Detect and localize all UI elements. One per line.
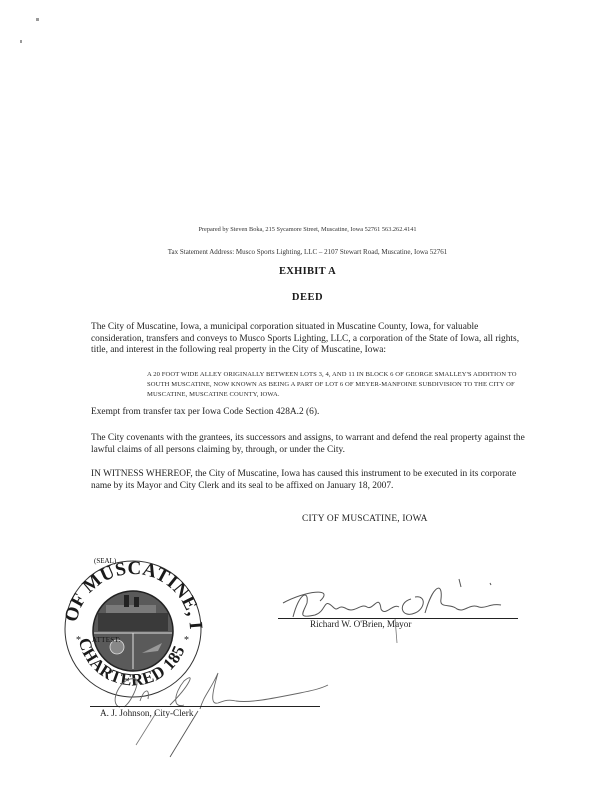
seal-label: (SEAL) bbox=[94, 557, 116, 565]
svg-text:*: * bbox=[184, 635, 189, 646]
attest-label: ATTEST: bbox=[92, 636, 121, 644]
tax-statement-address: Tax Statement Address: Musco Sports Ligh… bbox=[0, 248, 615, 256]
scan-speck bbox=[36, 18, 39, 21]
covenant-paragraph: The City covenants with the grantees, it… bbox=[91, 433, 531, 456]
witness-paragraph: IN WITNESS WHEREOF, the City of Muscatin… bbox=[91, 469, 531, 492]
conveyance-paragraph: The City of Muscatine, Iowa, a municipal… bbox=[91, 322, 531, 357]
grantor-name: CITY OF MUSCATINE, IOWA bbox=[302, 514, 428, 524]
legal-description: A 20 FOOT WIDE ALLEY ORIGINALLY BETWEEN … bbox=[147, 370, 527, 400]
exhibit-title: EXHIBIT A bbox=[0, 266, 615, 277]
exempt-paragraph: Exempt from transfer tax per Iowa Code S… bbox=[91, 407, 531, 419]
mayor-signature-icon bbox=[275, 573, 525, 653]
clerk-signature-line bbox=[90, 706, 320, 707]
mayor-name: Richard W. O'Brien, Mayor bbox=[310, 619, 411, 629]
deed-title: DEED bbox=[0, 292, 615, 303]
svg-text:*: * bbox=[76, 635, 81, 646]
clerk-name: A. J. Johnson, City-Clerk bbox=[100, 708, 193, 718]
prepared-by-line: Prepared by Steven Boka, 215 Sycamore St… bbox=[0, 226, 615, 233]
scan-speck bbox=[20, 40, 22, 43]
